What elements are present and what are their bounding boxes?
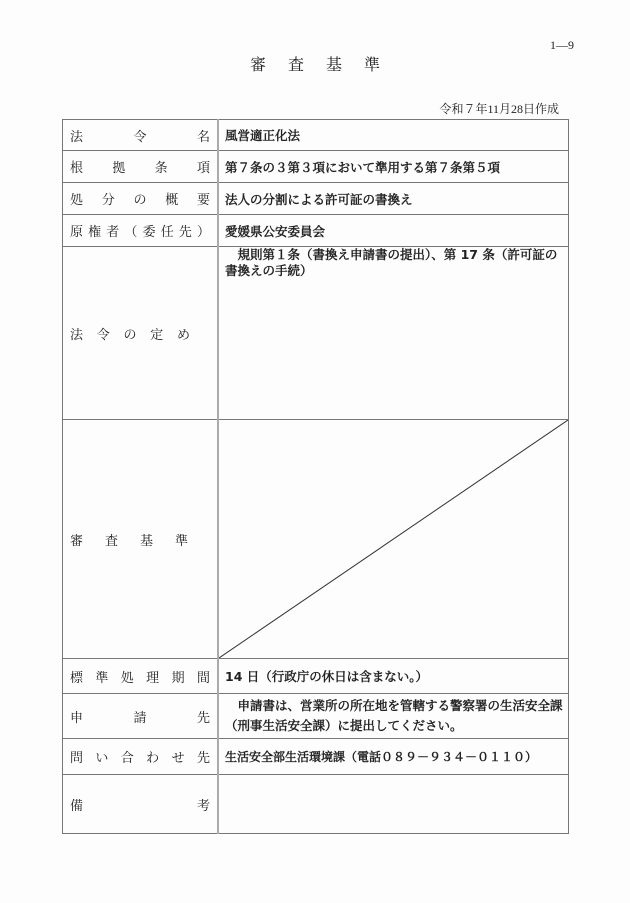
label-char: ） xyxy=(197,221,210,240)
value-law-name: 風営適正化法 xyxy=(218,120,569,151)
label-application-destination: 申請先 xyxy=(63,694,219,739)
label-char: 項 xyxy=(197,157,210,176)
value-application-destination: 申請書は、営業所の所在地を管轄する警察署の生活安全課（刑事生活安全課）に提出して… xyxy=(218,694,569,739)
label-char: 処 xyxy=(121,667,134,686)
created-date: 令和７年11月28日作成 xyxy=(380,100,559,117)
label-char: 考 xyxy=(197,795,210,814)
label-char: 標 xyxy=(70,667,83,686)
label-char: 令 xyxy=(133,126,146,145)
label-char: 原 xyxy=(70,221,83,240)
label-char: 概 xyxy=(165,189,178,208)
label-char: 問 xyxy=(70,747,83,766)
row-application-destination: 申請先 申請書は、営業所の所在地を管轄する警察署の生活安全課（刑事生活安全課）に… xyxy=(63,694,569,739)
value-disposition-summary: 法人の分割による許可証の書換え xyxy=(218,183,569,215)
row-processing-period: 標準処理期間 14 日（行政庁の休日は含まない。） xyxy=(63,659,569,694)
label-chars: 問い合わせ先 xyxy=(70,747,210,766)
row-legal-provisions: 法令の定め 規則第１条（書換え申請書の提出）、第 17 条（許可証の書換えの手続… xyxy=(63,247,569,420)
label-char: め xyxy=(177,324,190,343)
label-char: 者 xyxy=(106,221,119,240)
label-chars: 法令の定め xyxy=(70,324,190,343)
row-disposition-summary: 処分の概要 法人の分割による許可証の書換え xyxy=(63,183,569,215)
page-title: 審査基準 xyxy=(0,52,630,75)
label-char: 合 xyxy=(121,747,134,766)
label-char: 根 xyxy=(70,157,83,176)
label-char: 処 xyxy=(70,189,83,208)
label-char: 名 xyxy=(197,126,210,145)
label-char: 要 xyxy=(197,189,210,208)
label-char: せ xyxy=(172,747,185,766)
row-remarks: 備考 xyxy=(63,775,569,834)
value-inquiry: 生活安全部生活環境課（電話０８９－９３４－０１１０） xyxy=(218,739,569,775)
label-basis-article: 根拠条項 xyxy=(63,151,219,183)
value-review-criteria-empty xyxy=(218,420,569,659)
label-char: 拠 xyxy=(112,157,125,176)
label-chars: 原権者（委任先） xyxy=(70,221,210,240)
label-chars: 備考 xyxy=(70,795,210,814)
page-number: 1—9 xyxy=(528,38,574,53)
label-chars: 根拠条項 xyxy=(70,157,210,176)
label-char: 先 xyxy=(197,747,210,766)
label-char: 条 xyxy=(155,157,168,176)
label-chars: 法令名 xyxy=(70,126,210,145)
label-char: 準 xyxy=(175,530,188,549)
label-review-criteria: 審査基準 xyxy=(63,420,219,659)
label-chars: 審査基準 xyxy=(70,530,188,549)
label-char: 委 xyxy=(143,221,156,240)
value-remarks xyxy=(218,775,569,834)
label-char: 任 xyxy=(161,221,174,240)
label-char: 基 xyxy=(140,530,153,549)
label-char: 申 xyxy=(70,707,83,726)
label-char: 準 xyxy=(95,667,108,686)
review-criteria-table: 法令名 風営適正化法 根拠条項 第７条の３第３項において準用する第７条第５項 処… xyxy=(62,119,569,834)
value-authority: 愛媛県公安委員会 xyxy=(218,215,569,247)
label-authority: 原権者（委任先） xyxy=(63,215,219,247)
label-inquiry: 問い合わせ先 xyxy=(63,739,219,775)
label-law-name: 法令名 xyxy=(63,120,219,151)
label-char: 審 xyxy=(70,530,83,549)
label-char: 備 xyxy=(70,795,83,814)
label-char: 請 xyxy=(133,707,146,726)
diagonal-strike-line xyxy=(219,420,568,658)
label-char: い xyxy=(95,747,108,766)
label-char: わ xyxy=(146,747,159,766)
label-char: 査 xyxy=(105,530,118,549)
label-char: の xyxy=(123,324,136,343)
value-processing-period: 14 日（行政庁の休日は含まない。） xyxy=(218,659,569,694)
label-chars: 標準処理期間 xyxy=(70,667,210,686)
row-review-criteria: 審査基準 xyxy=(63,420,569,659)
value-basis-article: 第７条の３第３項において準用する第７条第５項 xyxy=(218,151,569,183)
label-char: 分 xyxy=(102,189,115,208)
label-char: 理 xyxy=(146,667,159,686)
row-inquiry: 問い合わせ先 生活安全部生活環境課（電話０８９－９３４－０１１０） xyxy=(63,739,569,775)
label-disposition-summary: 処分の概要 xyxy=(63,183,219,215)
label-char: 先 xyxy=(197,707,210,726)
label-chars: 申請先 xyxy=(70,707,210,726)
label-chars: 処分の概要 xyxy=(70,189,210,208)
label-processing-period: 標準処理期間 xyxy=(63,659,219,694)
label-char: 法 xyxy=(70,126,83,145)
row-basis-article: 根拠条項 第７条の３第３項において準用する第７条第５項 xyxy=(63,151,569,183)
label-char: 権 xyxy=(88,221,101,240)
label-char: 法 xyxy=(70,324,83,343)
row-law-name: 法令名 風営適正化法 xyxy=(63,120,569,151)
label-char: 先 xyxy=(179,221,192,240)
label-char: （ xyxy=(124,221,137,240)
label-char: の xyxy=(133,189,146,208)
row-authority: 原権者（委任先） 愛媛県公安委員会 xyxy=(63,215,569,247)
label-char: 期 xyxy=(172,667,185,686)
label-char: 令 xyxy=(97,324,110,343)
label-char: 間 xyxy=(197,667,210,686)
value-legal-provisions: 規則第１条（書換え申請書の提出）、第 17 条（許可証の書換えの手続） xyxy=(218,247,569,420)
label-char: 定 xyxy=(150,324,163,343)
label-legal-provisions: 法令の定め xyxy=(63,247,219,420)
label-remarks: 備考 xyxy=(63,775,219,834)
